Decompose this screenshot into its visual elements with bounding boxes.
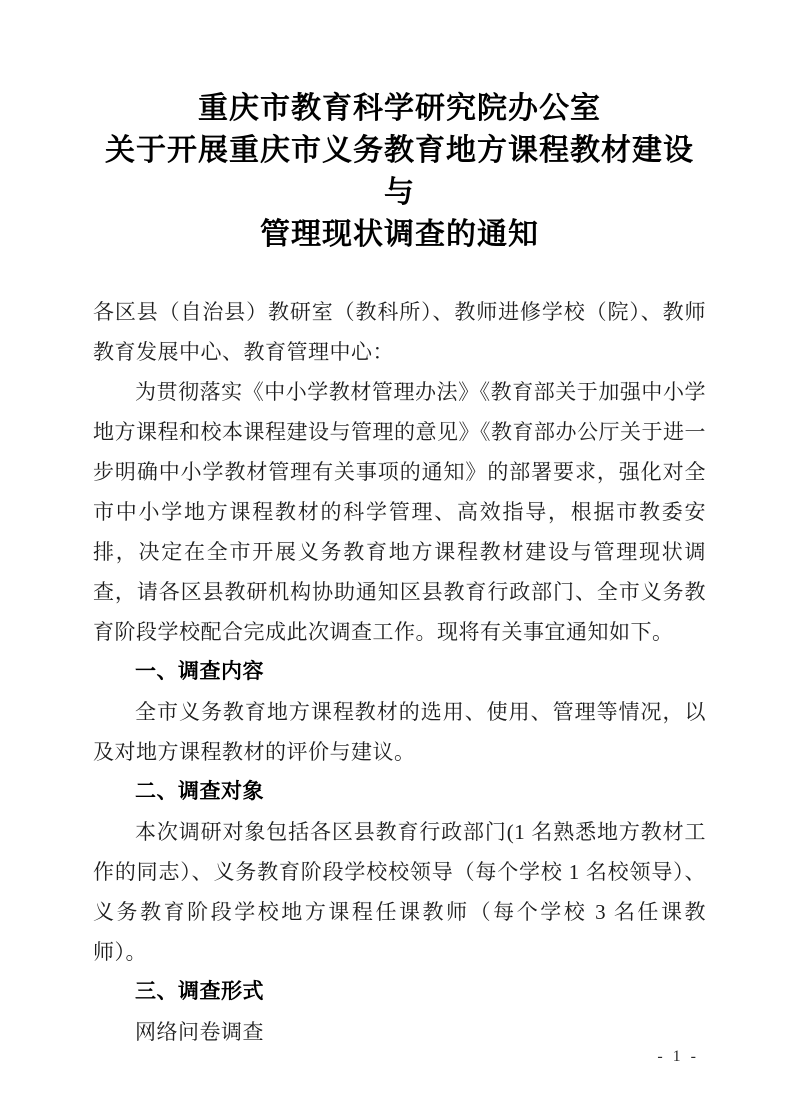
title-line-2: 关于开展重庆市义务教育地方课程教材建设与 xyxy=(93,130,706,214)
document-page: 重庆市教育科学研究院办公室 关于开展重庆市义务教育地方课程教材建设与 管理现状调… xyxy=(0,0,794,1108)
page-number: - 1 - xyxy=(657,1048,699,1066)
document-title: 重庆市教育科学研究院办公室 关于开展重庆市义务教育地方课程教材建设与 管理现状调… xyxy=(93,88,706,256)
intro-paragraph: 为贯彻落实《中小学教材管理办法》《教育部关于加强中小学地方课程和校本课程建设与管… xyxy=(93,372,706,652)
section-3-heading: 三、调查形式 xyxy=(93,972,706,1012)
document-body: 各区县（自治县）教研室（教科所）、教师进修学校（院）、教师教育发展中心、教育管理… xyxy=(93,292,706,1052)
section-3-body: 网络问卷调查 xyxy=(93,1012,706,1052)
section-2-heading: 二、调查对象 xyxy=(93,772,706,812)
title-line-1: 重庆市教育科学研究院办公室 xyxy=(93,88,706,130)
section-1-body: 全市义务教育地方课程教材的选用、使用、管理等情况，以及对地方课程教材的评价与建议… xyxy=(93,692,706,772)
document-content: 重庆市教育科学研究院办公室 关于开展重庆市义务教育地方课程教材建设与 管理现状调… xyxy=(93,88,706,1052)
section-1-heading: 一、调查内容 xyxy=(93,652,706,692)
section-2-body: 本次调研对象包括各区县教育行政部门(1 名熟悉地方教材工作的同志）、义务教育阶段… xyxy=(93,812,706,972)
salutation-paragraph: 各区县（自治县）教研室（教科所）、教师进修学校（院）、教师教育发展中心、教育管理… xyxy=(93,292,706,372)
title-line-3: 管理现状调查的通知 xyxy=(93,214,706,256)
